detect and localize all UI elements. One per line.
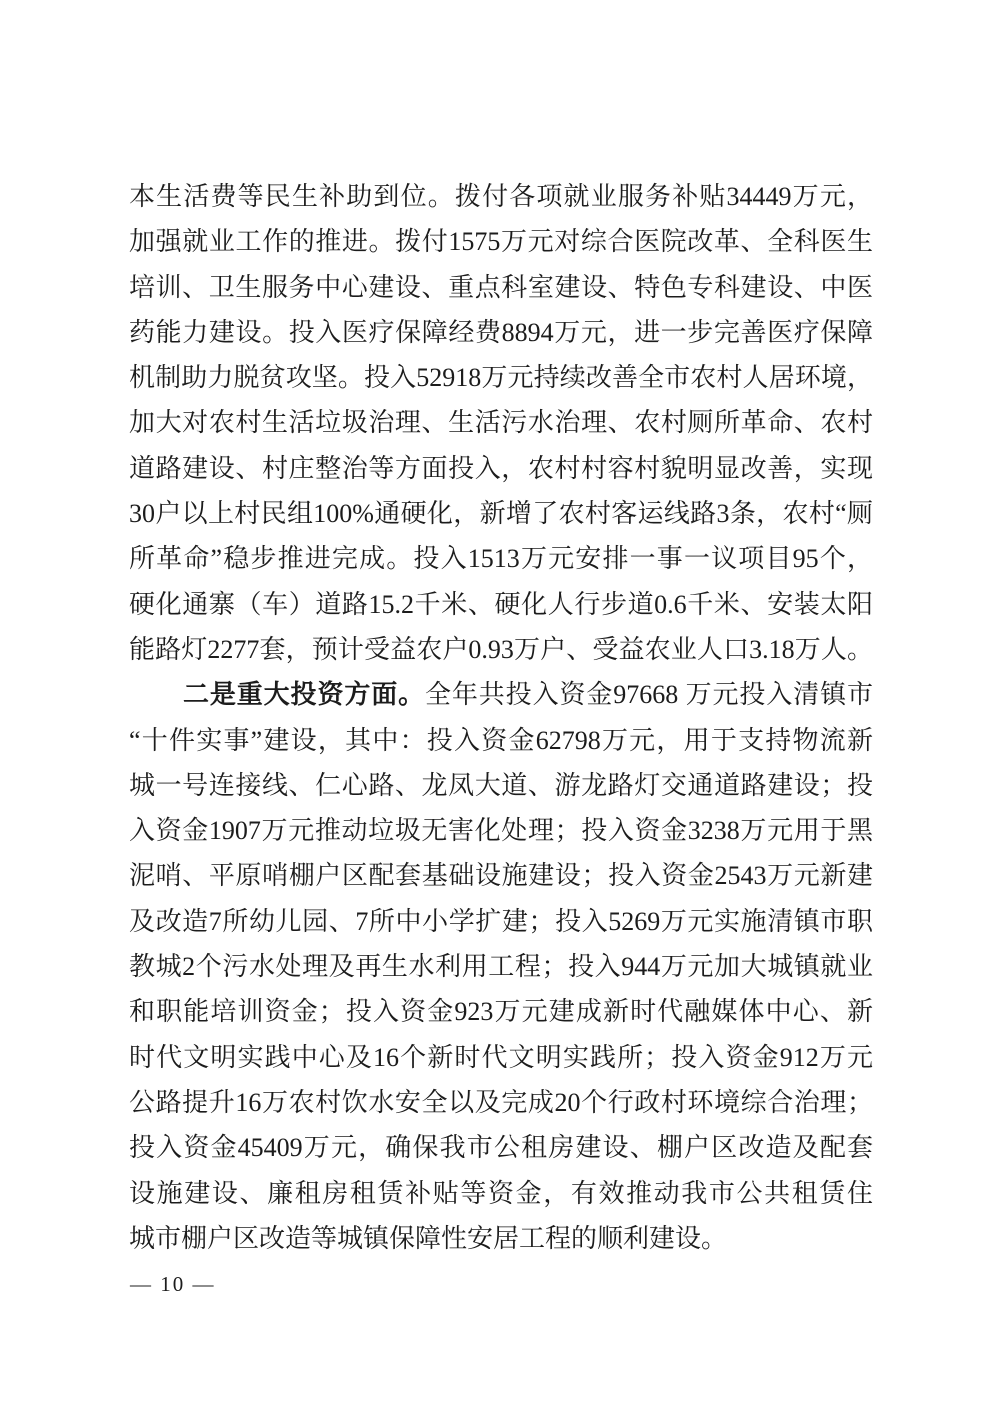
text-line: 城市棚户区改造等城镇保障性安居工程的顺利建设。 (129, 1216, 873, 1261)
text-line: 药能力建设。投入医疗保障经费8894万元，进一步完善医疗保障 (129, 310, 873, 355)
text-line: 硬化通寨（车）道路15.2千米、硬化人行步道0.6千米、安装太阳 (129, 582, 873, 627)
text-line: 30户以上村民组100%通硬化，新增了农村客运线路3条，农村“厕 (129, 491, 873, 536)
text-line: 教城2个污水处理及再生水利用工程；投入944万元加大城镇就业 (129, 944, 873, 989)
text-block: 本生活费等民生补助到位。拨付各项就业服务补贴34449万元， 加强就业工作的推进… (129, 174, 873, 1261)
text-line: 城一号连接线、仁心路、龙凤大道、游龙路灯交通道路建设；投 (129, 763, 873, 808)
text-line: 机制助力脱贫攻坚。投入52918万元持续改善全市农村人居环境， (129, 355, 873, 400)
document-page: 本生活费等民生补助到位。拨付各项就业服务补贴34449万元， 加强就业工作的推进… (0, 0, 1000, 1414)
text-line: 所革命”稳步推进完成。投入1513万元安排一事一议项目95个， (129, 536, 873, 581)
text-line: 设施建设、廉租房租赁补贴等资金，有效推动我市公共租赁住房、 (129, 1171, 873, 1216)
text-line: 投入资金45409万元，确保我市公租房建设、棚户区改造及配套 (129, 1125, 873, 1170)
text-line: “十件实事”建设，其中：投入资金62798万元，用于支持物流新 (129, 718, 873, 763)
text-line: 本生活费等民生补助到位。拨付各项就业服务补贴34449万元， (129, 174, 873, 219)
text-line: 道路建设、村庄整治等方面投入，农村村容村貌明显改善，实现 (129, 446, 873, 491)
page-number: — 10 — (130, 1272, 216, 1297)
text-line: 泥哨、平原哨棚户区配套基础设施建设；投入资金2543万元新建 (129, 853, 873, 898)
text-line: 及改造7所幼儿园、7所中小学扩建；投入5269万元实施清镇市职 (129, 899, 873, 944)
paragraph-2-lead-heading: 二是重大投资方面。 (183, 680, 425, 709)
text-line: 能路灯2277套，预计受益农户0.93万户、受益农业人口3.18万人。 (129, 627, 873, 672)
paragraph-1: 本生活费等民生补助到位。拨付各项就业服务补贴34449万元， 加强就业工作的推进… (129, 174, 873, 672)
text-line: 入资金1907万元推动垃圾无害化处理；投入资金3238万元用于黑 (129, 808, 873, 853)
text-line: 时代文明实践中心及16个新时代文明实践所；投入资金912万元 (129, 1035, 873, 1080)
text-line: 加强就业工作的推进。拨付1575万元对综合医院改革、全科医生 (129, 219, 873, 264)
paragraph-2-first-line: 二是重大投资方面。全年共投入资金97668 万元投入清镇市 (129, 672, 873, 717)
text-line: 公路提升16万农村饮水安全以及完成20个行政村环境综合治理； (129, 1080, 873, 1125)
text-line: 加大对农村生活垃圾治理、生活污水治理、农村厕所革命、农村 (129, 400, 873, 445)
paragraph-2-lead-rest: 全年共投入资金97668 万元投入清镇市 (425, 680, 873, 709)
paragraph-2: 二是重大投资方面。全年共投入资金97668 万元投入清镇市 “十件实事”建设，其… (129, 672, 873, 1261)
text-line: 和职能培训资金；投入资金923万元建成新时代融媒体中心、新 (129, 989, 873, 1034)
text-line: 培训、卫生服务中心建设、重点科室建设、特色专科建设、中医 (129, 265, 873, 310)
